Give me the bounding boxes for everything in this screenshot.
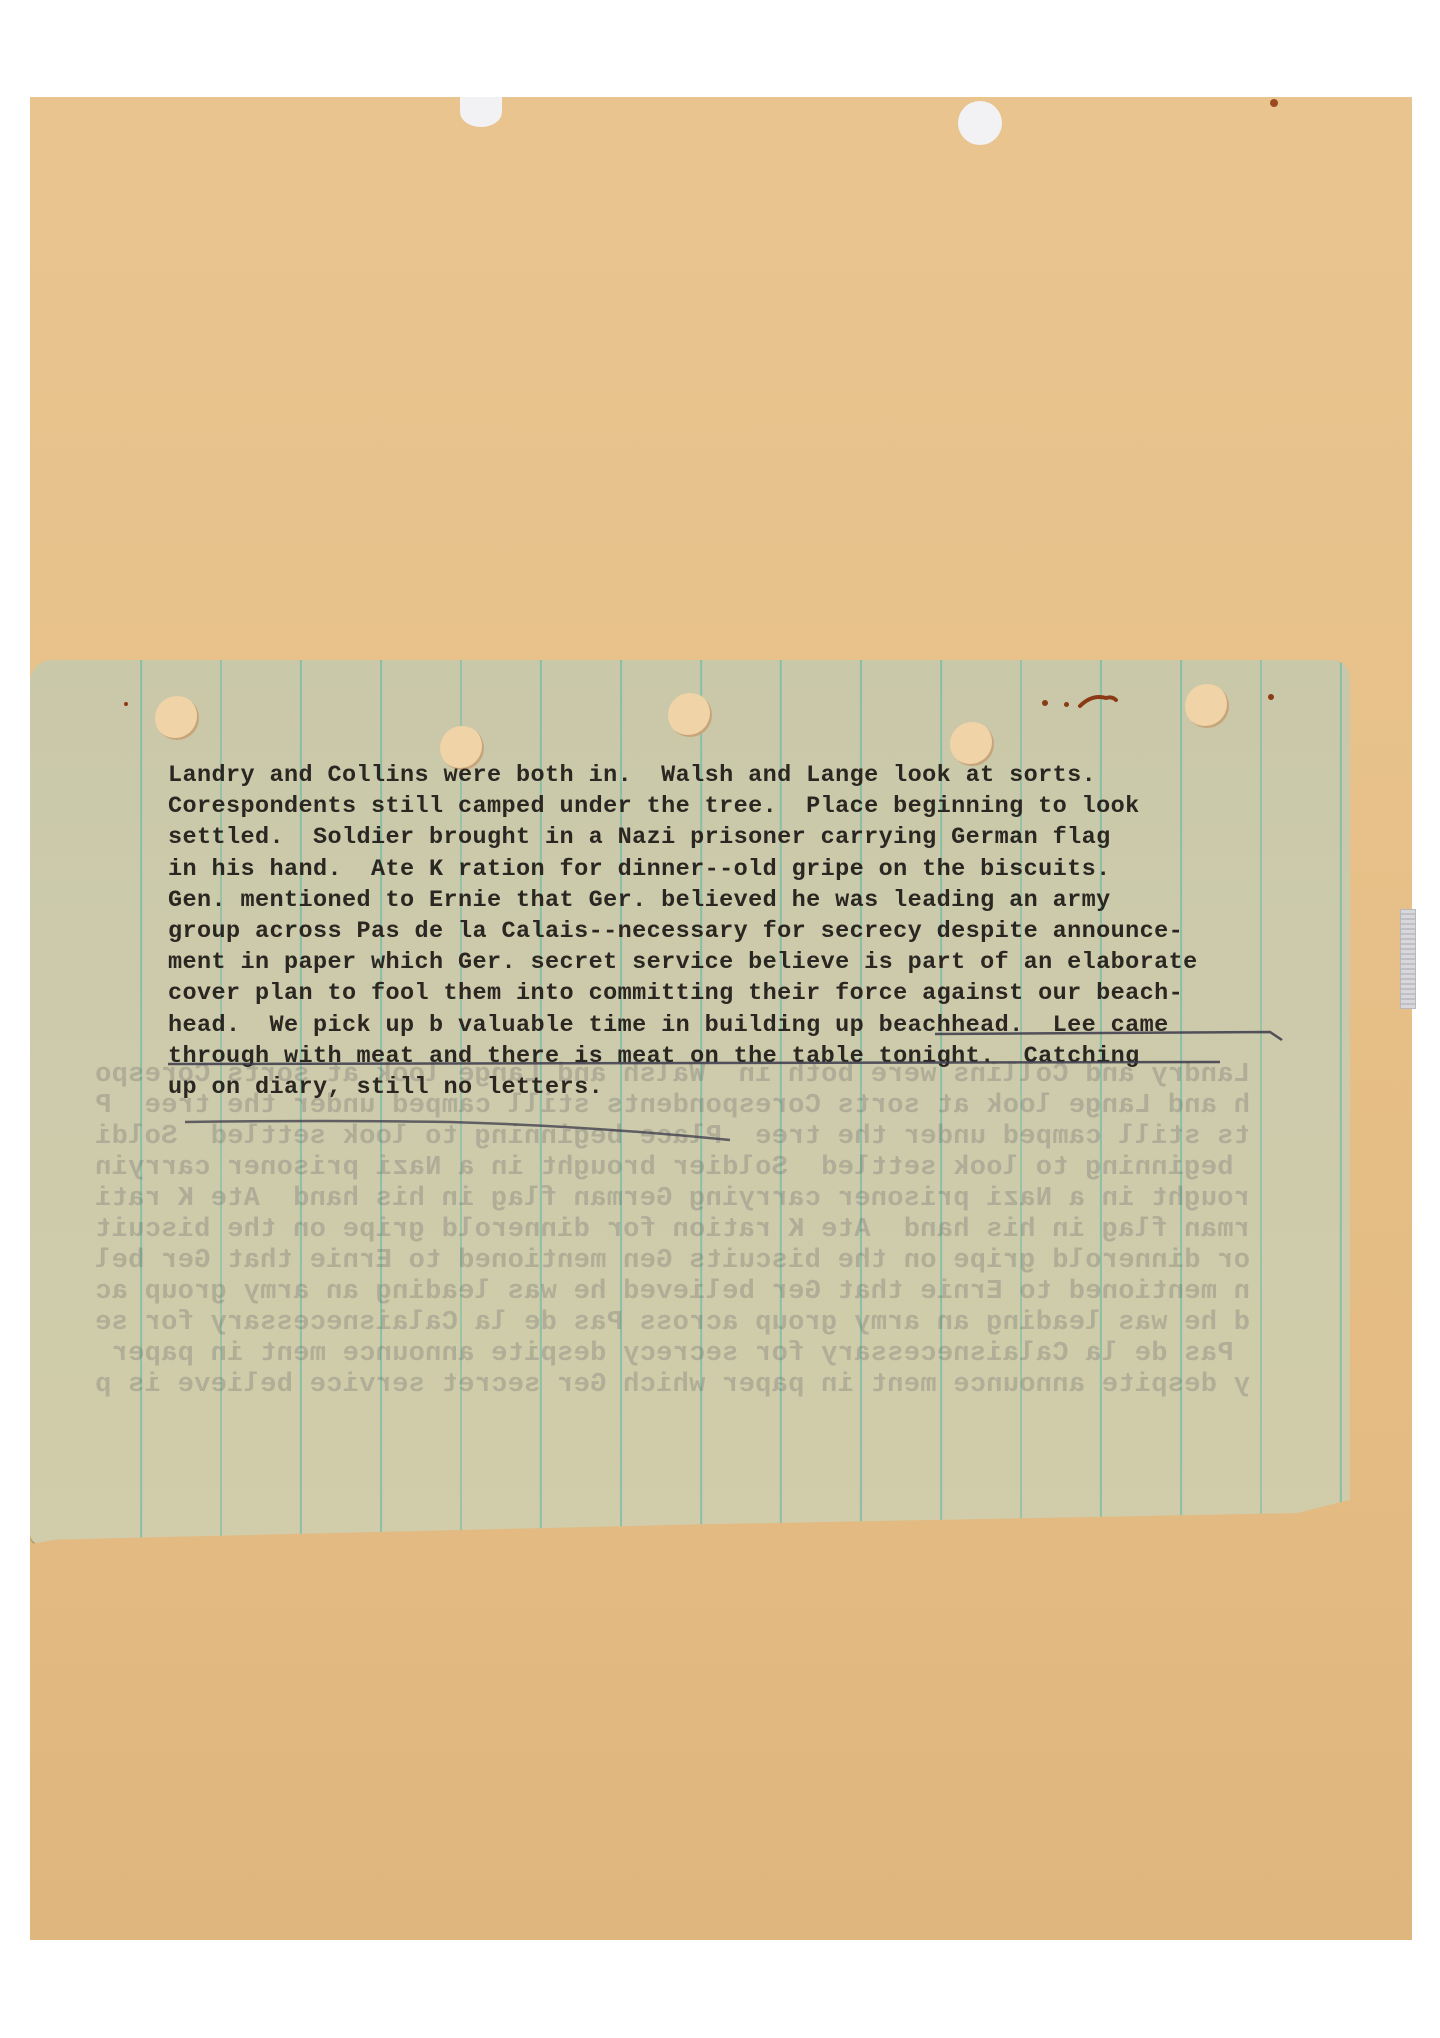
card-punch-hole [1185,684,1229,728]
folder-punch-hole [958,101,1002,145]
card-punch-hole [668,693,712,737]
diary-line: Gen. mentioned to Ernie that Ger. believ… [168,885,1298,916]
diary-line: group across Pas de la Calais--necessary… [168,916,1298,947]
folder-side-tab [1400,909,1416,1009]
bleed-through-text: Landry and Collins were both in Walsh an… [150,1060,1250,1401]
diary-line: cover plan to fool them into committing … [168,978,1298,1009]
stain-mark [1268,694,1274,700]
card-punch-hole [155,696,199,740]
diary-card: Landry and Collins were both in Walsh an… [30,660,1350,1544]
folder-punch-hole [460,97,502,127]
diary-line: Corespondents still camped under the tre… [168,791,1298,822]
diary-line: head. We pick up b valuable time in buil… [168,1010,1298,1041]
stain-mark [1270,99,1278,107]
handwritten-mark [1040,690,1120,710]
diary-line: in his hand. Ate K ration for dinner--ol… [168,854,1298,885]
diary-entry-text: Landry and Collins were both in. Walsh a… [168,760,1298,1103]
diary-line: up on diary, still no letters. [168,1072,1298,1103]
diary-line: ment in paper which Ger. secret service … [168,947,1298,978]
diary-line: settled. Soldier brought in a Nazi priso… [168,822,1298,853]
diary-line: Landry and Collins were both in. Walsh a… [168,760,1298,791]
diary-line: through with meat and there is meat on t… [168,1041,1298,1072]
stain-mark [124,702,128,706]
